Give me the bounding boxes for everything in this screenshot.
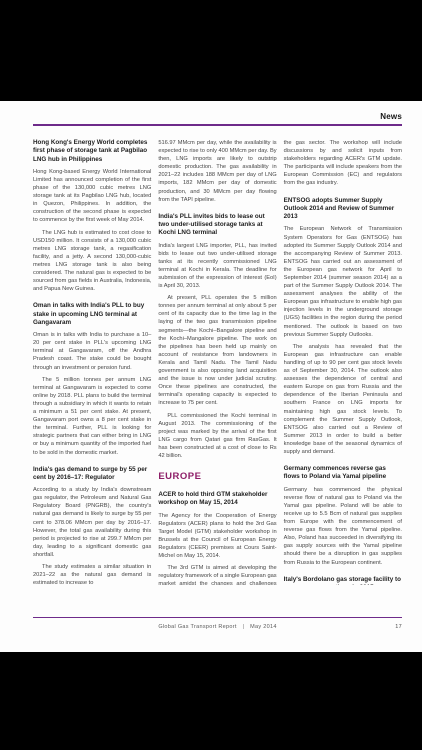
article-headline: ACER to hold third GTM stakeholder works… [158,491,276,508]
article-headline: India's gas demand to surge by 55 per ce… [33,466,151,483]
article-paragraph: India's largest LNG importer, PLL, has i… [158,242,276,291]
article-paragraph: The 3rd GTM is aimed at developing the r… [158,564,276,585]
article-paragraph: Hong Kong-based Energy World Internation… [33,168,151,225]
section-heading: EUROPE [158,471,276,482]
footer-issue: May 2014 [250,624,277,630]
article-headline: India's PLL invites bids to lease out tw… [158,213,276,238]
article-paragraph: The study estimates a similar situation … [33,563,151,585]
article-paragraph: The LNG hub is estimated to cost close t… [33,229,151,294]
article-paragraph: the gas sector. The workshop will includ… [284,139,402,188]
article-paragraph: The analysis has revealed that the Europ… [284,343,402,456]
column-2: 516.97 MMcm per day, while the availabil… [158,139,276,585]
report-page: News Hong Kong's Energy World completes … [0,101,422,652]
article-paragraph: The Agency for the Cooperation of Energy… [158,512,276,561]
article-paragraph: Germany has commenced the physical rever… [284,486,402,567]
article-paragraph: The 5 million tonnes per annum LNG termi… [33,376,151,457]
footer-page-number: 17 [395,624,402,630]
article-headline: Germany commences reverse gas flows to P… [284,465,402,482]
article-paragraph: According to a study by India's downstre… [33,486,151,559]
footer-rule-divider [33,617,402,618]
article-headline: Oman in talks with India's PLL to buy st… [33,302,151,327]
article-paragraph: Oman is in talks with India to purchase … [33,331,151,371]
footer-row: Global Gas Transport Report | May 2014 1… [33,624,402,630]
footer-separator: | [243,624,245,630]
column-1: Hong Kong's Energy World completes first… [33,139,151,585]
header-rule-divider [33,124,402,126]
page-content: News Hong Kong's Energy World completes … [0,101,422,652]
page-section-label: News [33,112,402,121]
news-columns: Hong Kong's Energy World completes first… [33,139,402,585]
article-paragraph: At present, PLL operates the 5 million t… [158,294,276,407]
article-headline: Hong Kong's Energy World completes first… [33,139,151,164]
column-3: the gas sector. The workshop will includ… [284,139,402,585]
article-headline: Italy's Bordolano gas storage facility t… [284,576,402,585]
article-headline: ENTSOG adopts Summer Supply Outlook 2014… [284,197,402,222]
article-paragraph: 516.97 MMcm per day, while the availabil… [158,139,276,204]
article-paragraph: The European Network of Transmission Sys… [284,225,402,338]
footer-publication: Global Gas Transport Report [158,624,236,630]
page-footer: Global Gas Transport Report | May 2014 1… [33,617,402,630]
screen: News Hong Kong's Energy World completes … [0,0,422,750]
article-paragraph: PLL commissioned the Kochi terminal in A… [158,412,276,461]
